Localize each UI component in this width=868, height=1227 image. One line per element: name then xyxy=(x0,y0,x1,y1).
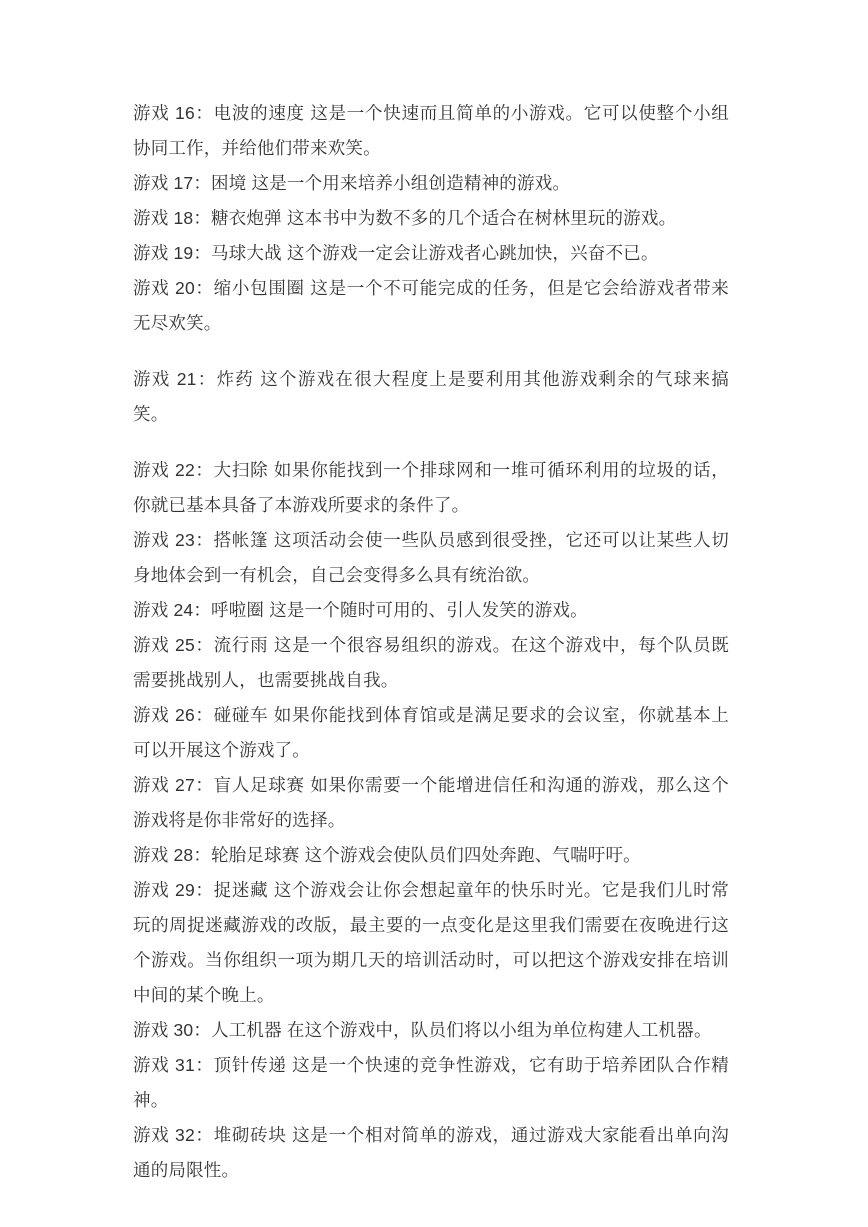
paragraph-game-24: 游戏 24：呼啦圈 这是一个随时可用的、引人发笑的游戏。 xyxy=(133,593,729,628)
paragraph-game-18: 游戏 18：糖衣炮弹 这本书中为数不多的几个适合在树林里玩的游戏。 xyxy=(133,201,729,236)
paragraph-game-25: 游戏 25：流行雨 这是一个很容易组织的游戏。在这个游戏中，每个队员既需要挑战别… xyxy=(133,628,729,698)
paragraph-game-19: 游戏 19：马球大战 这个游戏一定会让游戏者心跳加快，兴奋不已。 xyxy=(133,236,729,271)
paragraph-game-20: 游戏 20：缩小包围圈 这是一个不可能完成的任务，但是它会给游戏者带来无尽欢笑。 xyxy=(133,271,729,341)
paragraph-game-32: 游戏 32：堆砌砖块 这是一个相对简单的游戏，通过游戏大家能看出单向沟通的局限性… xyxy=(133,1118,729,1188)
paragraph-game-17: 游戏 17：困境 这是一个用来培养小组创造精神的游戏。 xyxy=(133,166,729,201)
document-body: 游戏 16：电波的速度 这是一个快速而且简单的小游戏。它可以使整个小组协同工作，… xyxy=(133,96,729,1188)
paragraph-game-31: 游戏 31：顶针传递 这是一个快速的竞争性游戏，它有助于培养团队合作精神。 xyxy=(133,1048,729,1118)
paragraph-game-16: 游戏 16：电波的速度 这是一个快速而且简单的小游戏。它可以使整个小组协同工作，… xyxy=(133,96,729,166)
paragraph-game-27: 游戏 27：盲人足球赛 如果你需要一个能增进信任和沟通的游戏，那么这个游戏将是你… xyxy=(133,768,729,838)
paragraph-game-23: 游戏 23：搭帐篷 这项活动会使一些队员感到很受挫，它还可以让某些人切身地体会到… xyxy=(133,523,729,593)
paragraph-game-21: 游戏 21：炸药 这个游戏在很大程度上是要利用其他游戏剩余的气球来搞笑。 xyxy=(133,362,729,432)
paragraph-game-30: 游戏 30：人工机器 在这个游戏中，队员们将以小组为单位构建人工机器。 xyxy=(133,1013,729,1048)
document-page: 游戏 16：电波的速度 这是一个快速而且简单的小游戏。它可以使整个小组协同工作，… xyxy=(0,0,868,1227)
paragraph-game-28: 游戏 28：轮胎足球赛 这个游戏会使队员们四处奔跑、气喘吁吁。 xyxy=(133,838,729,873)
paragraph-game-26: 游戏 26：碰碰车 如果你能找到体育馆或是满足要求的会议室，你就基本上可以开展这… xyxy=(133,698,729,768)
paragraph-game-22: 游戏 22：大扫除 如果你能找到一个排球网和一堆可循环利用的垃圾的话，你就已基本… xyxy=(133,453,729,523)
paragraph-game-29: 游戏 29：捉迷藏 这个游戏会让你会想起童年的快乐时光。它是我们儿时常玩的周捉迷… xyxy=(133,873,729,1013)
